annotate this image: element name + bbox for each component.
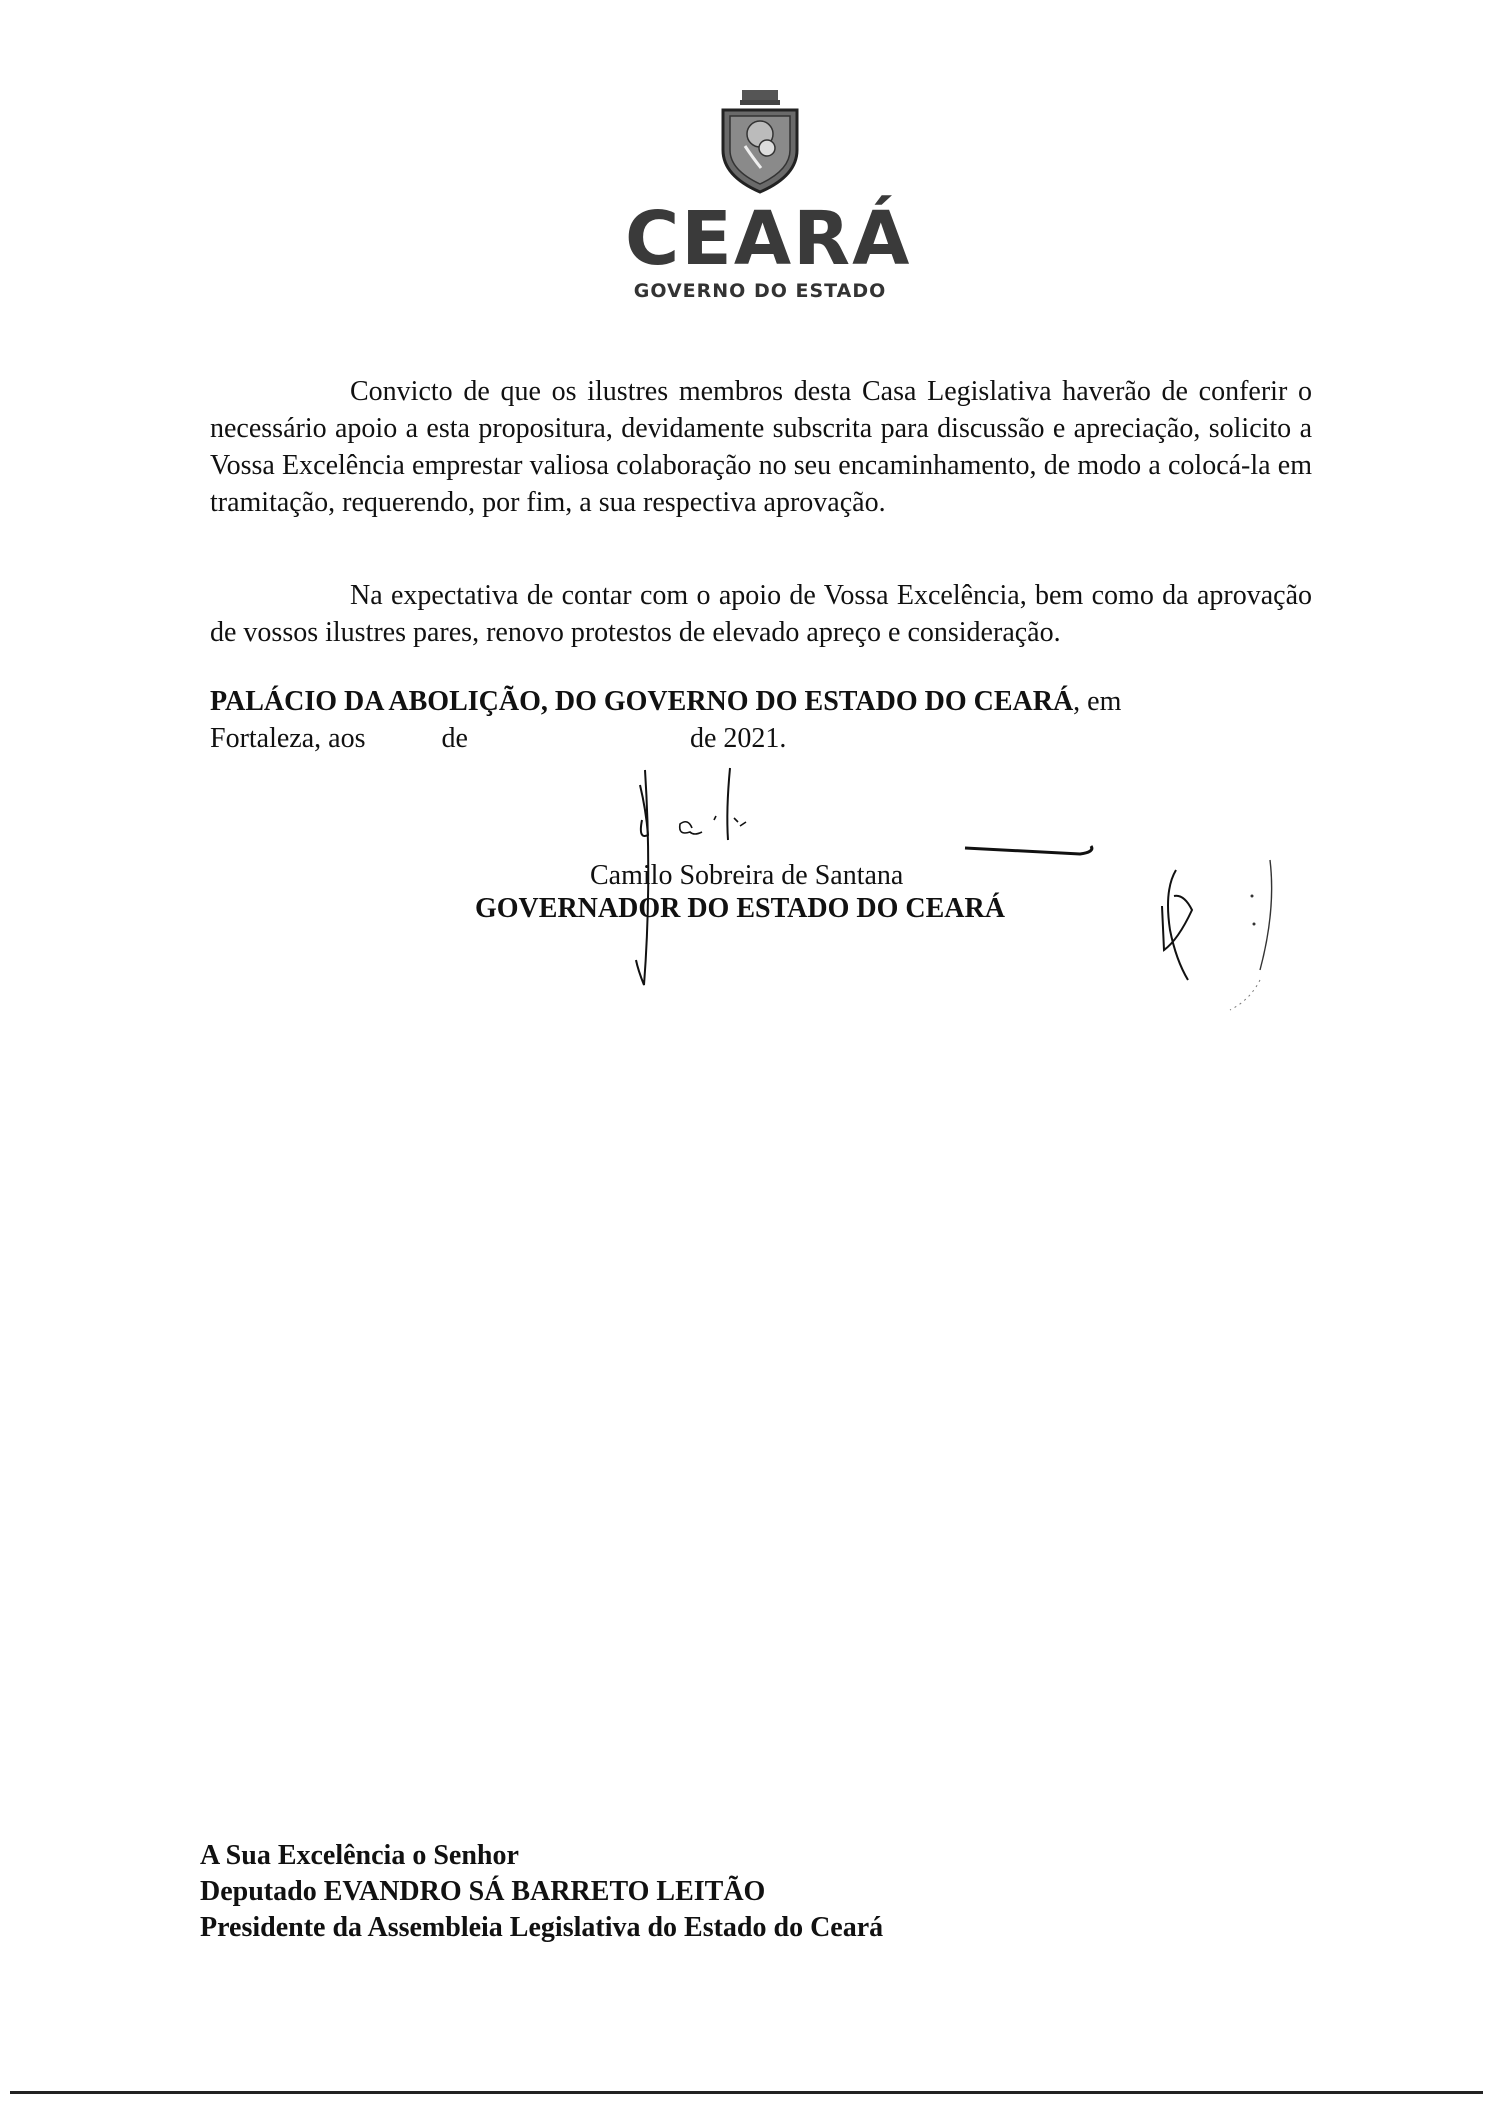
paragraph-2-text: Na expectativa de contar com o apoio de … xyxy=(210,577,1312,651)
ceara-coat-of-arms-icon xyxy=(715,88,805,196)
government-logo: CEARÁ GOVERNO DO ESTADO xyxy=(625,88,895,302)
date-de-1: de xyxy=(442,723,468,754)
footer-divider xyxy=(10,2091,1483,2094)
place-suffix: , em xyxy=(1073,686,1121,717)
addressee-line-3: Presidente da Assembleia Legislativa do … xyxy=(200,1910,883,1946)
date-year: de 2021. xyxy=(690,723,786,754)
place-name: PALÁCIO DA ABOLIÇÃO, DO GOVERNO DO ESTAD… xyxy=(210,686,1073,717)
paragraph-request: Convicto de que os ilustres membros dest… xyxy=(210,373,1312,521)
addressee-line-2: Deputado EVANDRO SÁ BARRETO LEITÃO xyxy=(200,1874,883,1910)
addressee-line-1: A Sua Excelência o Senhor xyxy=(200,1838,883,1874)
brand-subtitle: GOVERNO DO ESTADO xyxy=(625,280,895,302)
signatory-title: GOVERNADOR DO ESTADO DO CEARÁ xyxy=(475,893,1005,925)
paragraph-1-text: Convicto de que os ilustres membros dest… xyxy=(210,373,1312,521)
place-and-date: PALÁCIO DA ABOLIÇÃO, DO GOVERNO DO ESTAD… xyxy=(210,683,1312,757)
date-prefix: Fortaleza, aos xyxy=(210,723,366,754)
addressee-block: A Sua Excelência o Senhor Deputado EVAND… xyxy=(200,1838,883,1946)
paragraph-closing: Na expectativa de contar com o apoio de … xyxy=(210,577,1312,651)
initials-and-stamp-icon xyxy=(1120,850,1280,1030)
signatory-name: Camilo Sobreira de Santana xyxy=(590,860,903,892)
brand-name: CEARÁ xyxy=(625,202,895,276)
